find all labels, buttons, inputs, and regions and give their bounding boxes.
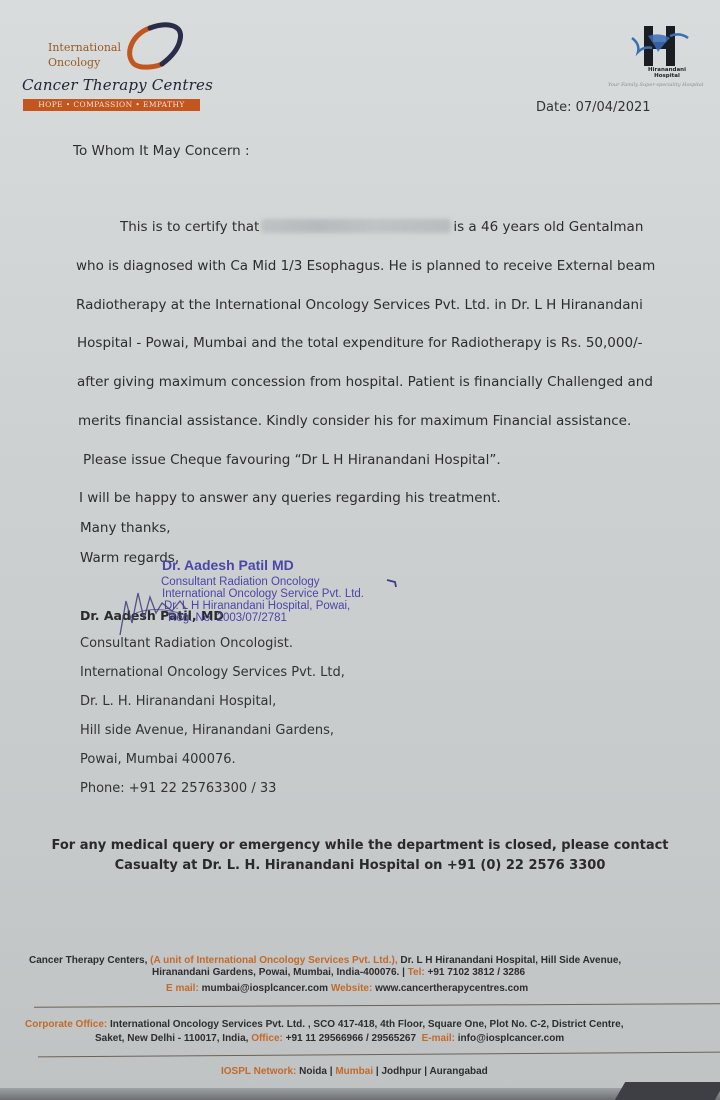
logo-line-1: International [48,40,121,55]
body-line-2: who is diagnosed with Ca Mid 1/3 Esophag… [76,258,655,274]
footer-unit-line-1: Cancer Therapy Centers, (A unit of Inter… [29,955,621,966]
hiranandani-h-birds-icon [630,24,690,68]
signatory-title: Consultant Radiation Oncologist. [80,636,293,651]
signatory-hospital: Dr. L. H. Hiranandani Hospital, [80,694,276,709]
hospital-tagline: Your Family Super-speciality Hospital [608,82,720,88]
footer-divider-1 [34,1003,720,1008]
hospital-name: Hiranandani Hospital [636,67,698,79]
footer-website-link[interactable]: www.cancertherapycentres.com [375,983,528,994]
body-line-4: Hospital - Powai, Mumbai and the total e… [77,335,643,351]
stamp-mark-icon [386,578,398,588]
date-label: Date: [536,100,571,115]
date-value: 07/04/2021 [576,100,651,115]
logo-international-oncology: International Oncology [48,40,121,70]
body-line-8: I will be happy to answer any queries re… [79,490,501,506]
logo-cancer-therapy-centres: Cancer Therapy Centres [22,76,213,94]
footer-corporate-email-link[interactable]: info@iosplcancer.com [458,1033,564,1044]
body-line-1: This is to certify thatis a 46 years old… [120,219,643,235]
stamp-name: Dr. Aadesh Patil MD [162,557,294,573]
salutation: To Whom It May Concern : [73,143,250,159]
emergency-notice-line-1: For any medical query or emergency while… [0,838,720,853]
footer-unit-line-2: Hiranandani Gardens, Powai, Mumbai, Indi… [152,967,525,978]
footer-network: IOSPL Network: Noida | Mumbai | Jodhpur … [221,1066,488,1077]
footer-divider-2 [38,1052,720,1058]
oval-ring-logo-icon [120,20,186,72]
page-bottom-edge [0,1088,720,1100]
signatory-org: International Oncology Services Pvt. Ltd… [80,665,345,680]
footer-corporate-line-1: Corporate Office: International Oncology… [25,1019,623,1030]
background-corner [615,1082,720,1100]
logo-tagline: HOPE • COMPASSION • EMPATHY [23,99,200,111]
body-line-5: after giving maximum concession from hos… [77,374,653,390]
logo-line-2: Oncology [48,55,121,70]
body-line-3: Radiotherapy at the International Oncolo… [76,297,643,313]
body-line-6: merits financial assistance. Kindly cons… [78,413,631,429]
signature-icon [116,583,226,639]
body-line-7: Please issue Cheque favouring “Dr L H Hi… [83,452,501,468]
signatory-street: Hill side Avenue, Hiranandani Gardens, [80,723,334,738]
footer-email-link[interactable]: mumbai@iosplcancer.com [202,983,328,994]
emergency-notice-line-2: Casualty at Dr. L. H. Hiranandani Hospit… [0,858,720,873]
letter-date: Date: 07/04/2021 [536,100,651,115]
signatory-city: Powai, Mumbai 400076. [80,752,236,767]
closing-thanks: Many thanks, [80,520,171,536]
footer-corporate-line-2: Saket, New Delhi - 110017, India, Office… [95,1033,564,1044]
redacted-patient-name [261,219,451,233]
footer-unit-line-3: E mail: mumbai@iosplcancer.com Website: … [166,983,528,994]
signatory-phone: Phone: +91 22 25763300 / 33 [80,781,276,796]
